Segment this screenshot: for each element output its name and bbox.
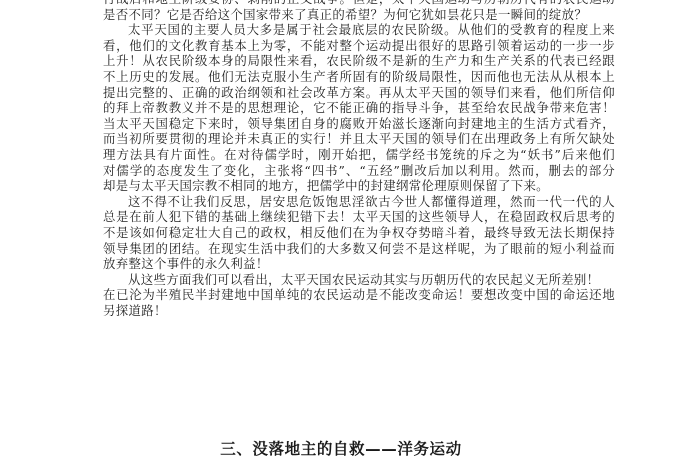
text-line: 行战后和地主阶级妥协、剥削的正义战争。但是，太平天国运动与历朝历代有的农民运动 <box>103 0 615 7</box>
text-line: 另探道路！ <box>103 303 615 319</box>
body-text: 行战后和地主阶级妥协、剥削的正义战争。但是，太平天国运动与历朝历代有的农民运动 … <box>103 0 615 318</box>
text-line: 却是与太平天国宗教不相同的地方，把儒学中的封建纲常伦理原则保留了下来。 <box>103 178 615 194</box>
text-line: 看，他们的文化教育基本上为零，不能对整个运动提出很好的思路引领着运动的一步一步 <box>103 38 615 54</box>
paragraph-first-line: 从这些方面我们可以看出，太平天国农民运动其实与历朝历代的农民起义无所差别！ <box>103 272 615 288</box>
text-line: 总是在前人犯下错的基础上继续犯错下去！太平天国的这些领导人，在稳固政权后思考的 <box>103 209 615 225</box>
section-heading-text: 三、没落地主的自救——洋务运动 <box>220 437 462 459</box>
paragraph-first-line: 这不得不让我们反思，居安思危饭饱思淫欲古今世人都懂得道理，然而一代一代的人 <box>103 194 615 210</box>
text-line: 领导集团的团结。在现实生活中我们的大多数又何尝不是这样呢，为了眼前的短小利益而 <box>103 241 615 257</box>
text-line: 提出完整的、正确的政治纲领和社会改革方案。再从太平天国的领导们来看，他们所信仰 <box>103 85 615 101</box>
text-line: 不上历史的发展。他们无法克服小生产者所固有的阶级局限性，因而他也无法从从根本上 <box>103 69 615 85</box>
text-line: 是否不同？它是否给这个国家带来了真正的希望？为何它犹如昙花只是一瞬间的绽放？ <box>103 7 615 23</box>
text-line: 在已沦为半殖民半封建地中国单纯的农民运动是不能改变命运！要想改变中国的命运还地 <box>103 287 615 303</box>
text-line: 当太平天国稳定下来时，领导集团自身的腐败开始滋长逐渐向封建地主的生活方式看齐， <box>103 116 615 132</box>
text-line: 理方法具有片面性。在对待儒学时，刚开始把，儒学经书笼统的斥之为“妖书”后来他们 <box>103 147 615 163</box>
text-line: 而当初所要贯彻的理论并未真正的实行！并且太平天国的领导们在出理政务上有所欠缺处 <box>103 131 615 147</box>
document-page: 行战后和地主阶级妥协、剥削的正义战争。但是，太平天国运动与历朝历代有的农民运动 … <box>0 0 700 470</box>
text-line: 不是该如何稳定壮大自己的政权，相反他们在为争权夺势暗斗着，最终导致无法长期保持 <box>103 225 615 241</box>
section-heading: 三、没落地主的自救——洋务运动 <box>0 437 700 459</box>
text-line: 的拜上帝教教义并不是的思想理论，它不能正确的指导斗争，甚至给农民战争带来危害！ <box>103 100 615 116</box>
text-line: 放弃整这个事件的永久利益！ <box>103 256 615 272</box>
text-line: 对儒学的态度发生了变化，主张将“四书”、“五经”删改后加以利用。然而，删去的部分 <box>103 163 615 179</box>
text-line: 上升！从农民阶级本身的局限性来看，农民阶级不是新的生产力和生产关系的代表已经跟 <box>103 53 615 69</box>
paragraph-first-line: 太平天国的主要人员大多是属于社会最底层的农民阶级。从他们的受教育的程度上来 <box>103 22 615 38</box>
